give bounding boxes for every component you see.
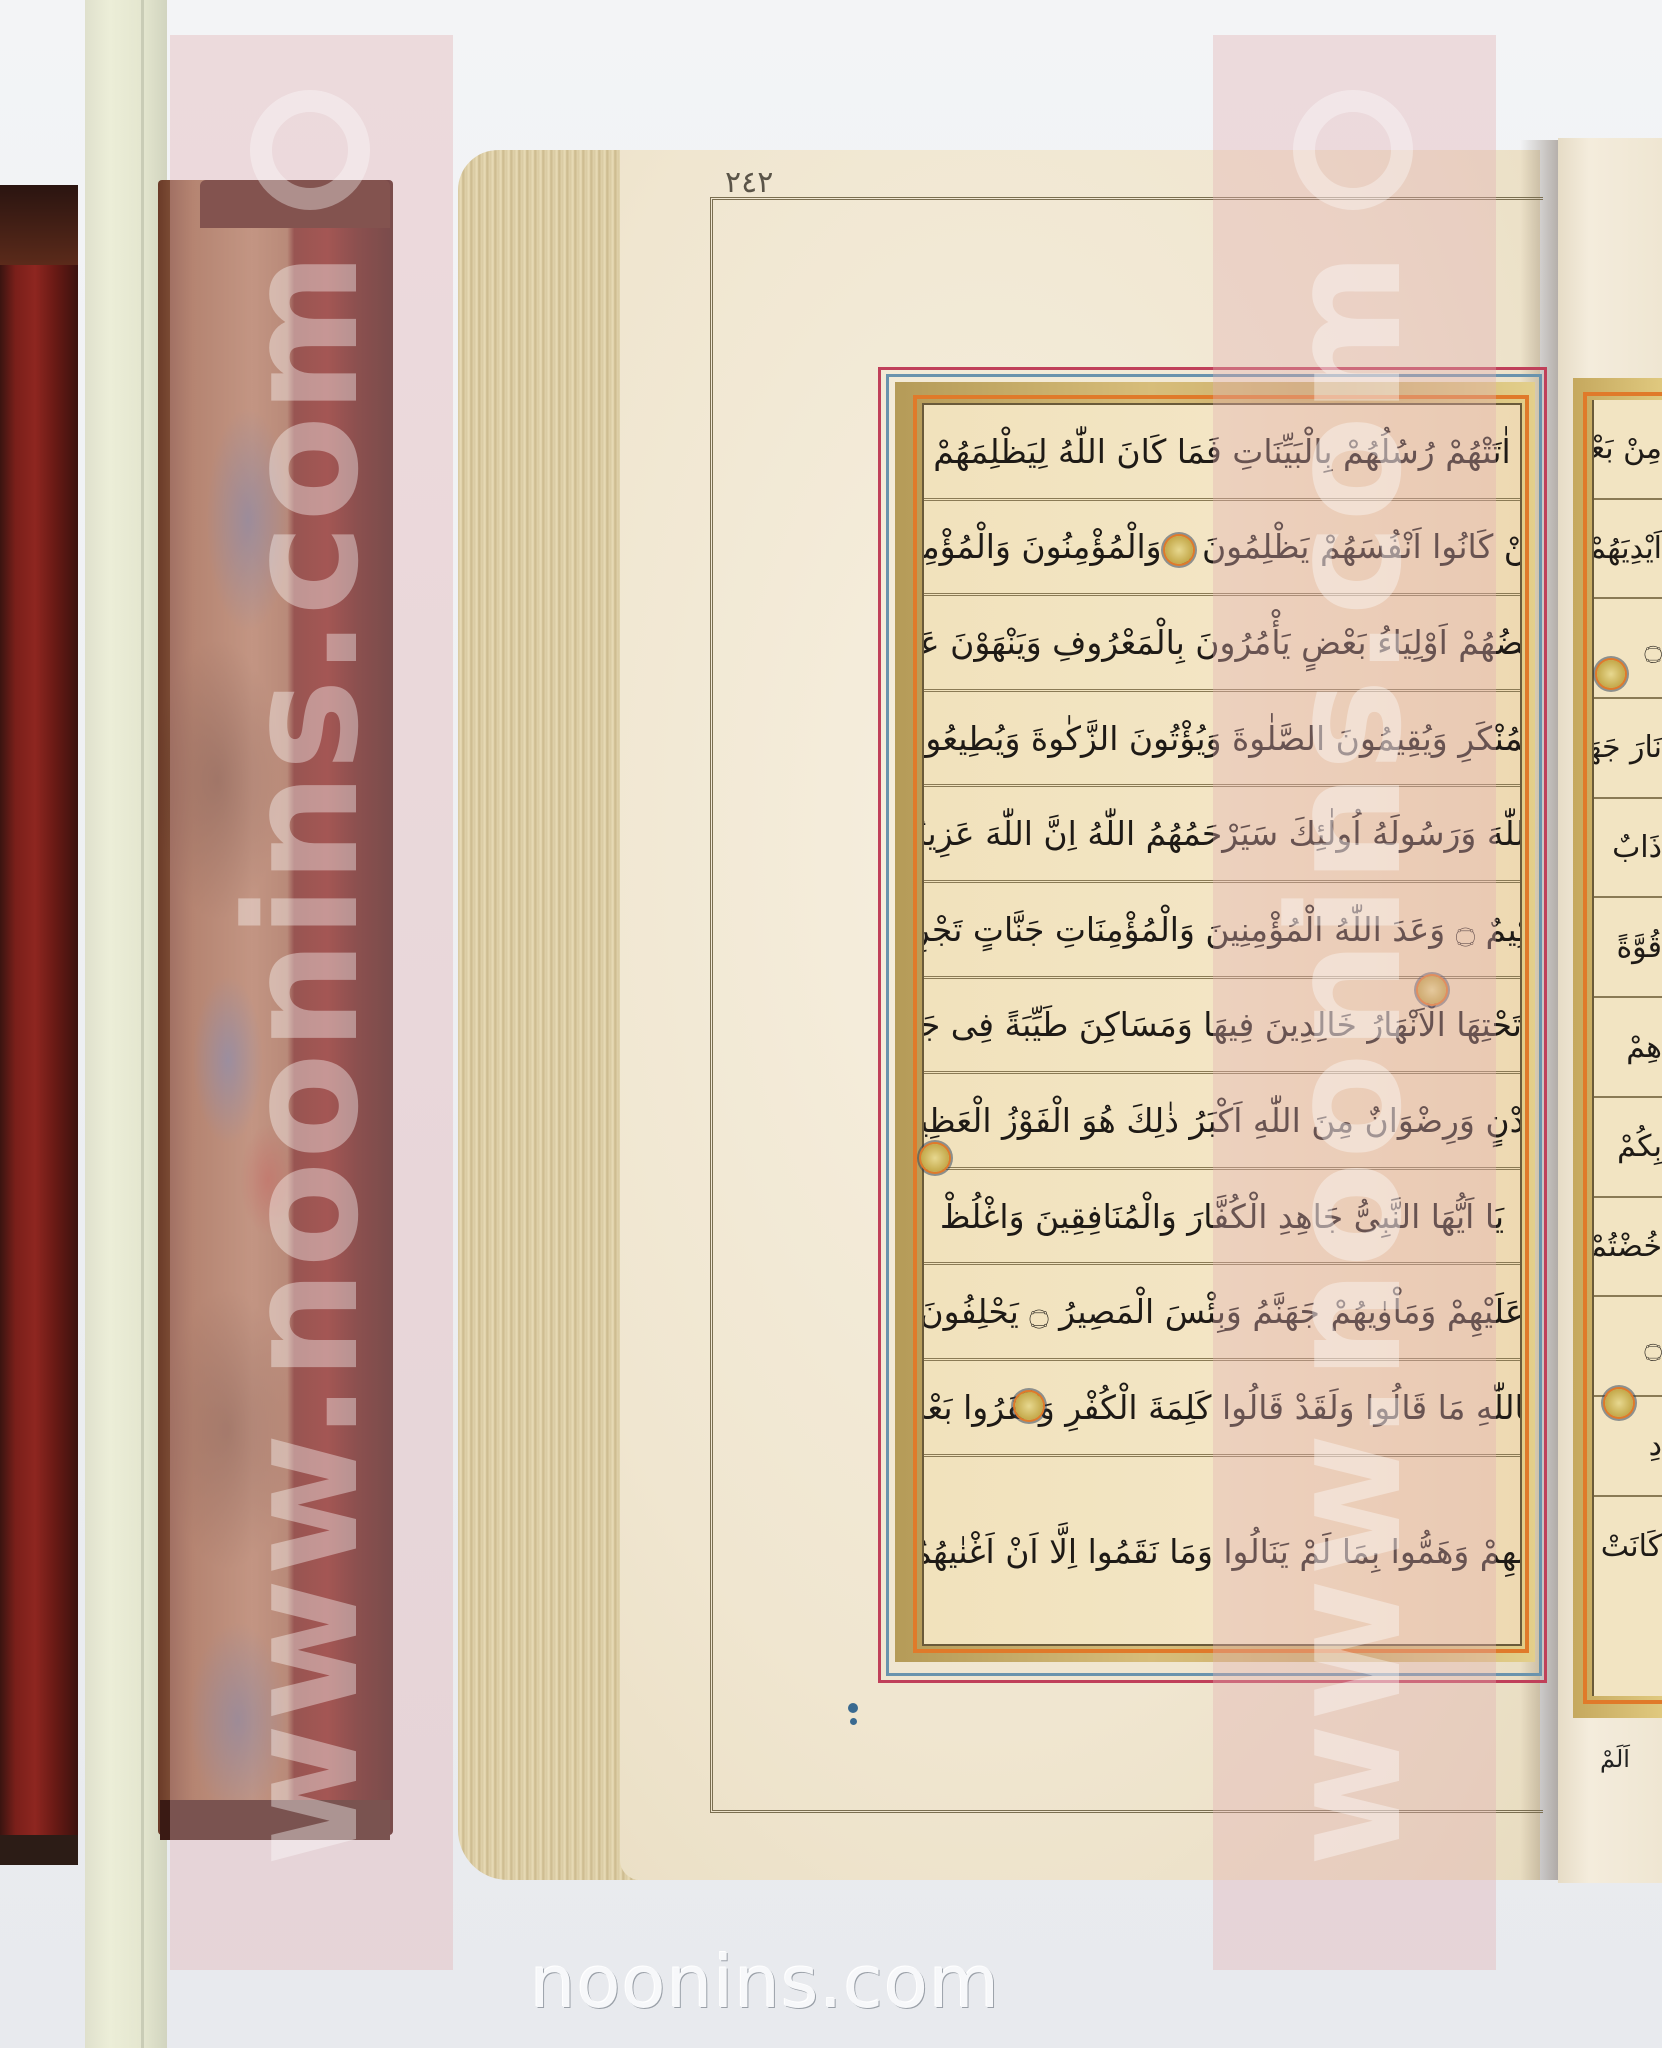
facing-text-line: ۝ <box>1594 1297 1662 1397</box>
facing-text-panel: مِنْ بَعْضٍ اَيْدِيَهُمْ ۝ نَارَ جَهَنَّ… <box>1592 400 1662 1696</box>
facing-text-line: كَانَتْ <box>1594 1497 1662 1597</box>
bookmark-ribbon <box>85 0 167 2048</box>
watermark-text-left: www.noonins.com <box>225 250 380 1867</box>
copyright-icon <box>1293 90 1413 210</box>
facing-text-line: خُضْتُمْ <box>1594 1198 1662 1298</box>
copyright-icon <box>250 90 370 210</box>
watermark-strip-left: www.noonins.com <box>170 35 453 1970</box>
back-cover-fragment <box>0 185 78 1865</box>
facing-text-line: مِنْ بَعْضٍ <box>1594 400 1662 500</box>
margin-ornament-icon <box>850 1718 857 1725</box>
facing-text-line: بِكُمْ <box>1594 1098 1662 1198</box>
page-block-edge <box>458 150 638 1880</box>
facing-text-line: نَارَ جَهَنَّمَ <box>1594 699 1662 799</box>
verse-marker-icon <box>921 1144 949 1172</box>
verse-marker-icon <box>1605 1389 1633 1417</box>
facing-text-line: هِمْ <box>1594 998 1662 1098</box>
verse-marker-icon <box>1165 536 1193 564</box>
page-number: ٢٤٢ <box>725 165 773 200</box>
facing-text-line: قُوَّةً <box>1594 899 1662 999</box>
watermark-strip-right: www.noonins.com <box>1213 35 1496 1970</box>
verse-marker-icon <box>1597 660 1625 688</box>
catchword: اَلَمْ <box>1600 1745 1630 1773</box>
verse-marker-icon <box>1015 1392 1043 1420</box>
watermark-text-bottom: noonins.com <box>530 1940 1000 2024</box>
margin-ornament-icon <box>848 1703 858 1713</box>
watermark-text-right: www.noonins.com <box>1268 250 1423 1867</box>
facing-text-line: ذَابٌ <box>1594 799 1662 899</box>
facing-text-line: اَيْدِيَهُمْ <box>1594 500 1662 600</box>
